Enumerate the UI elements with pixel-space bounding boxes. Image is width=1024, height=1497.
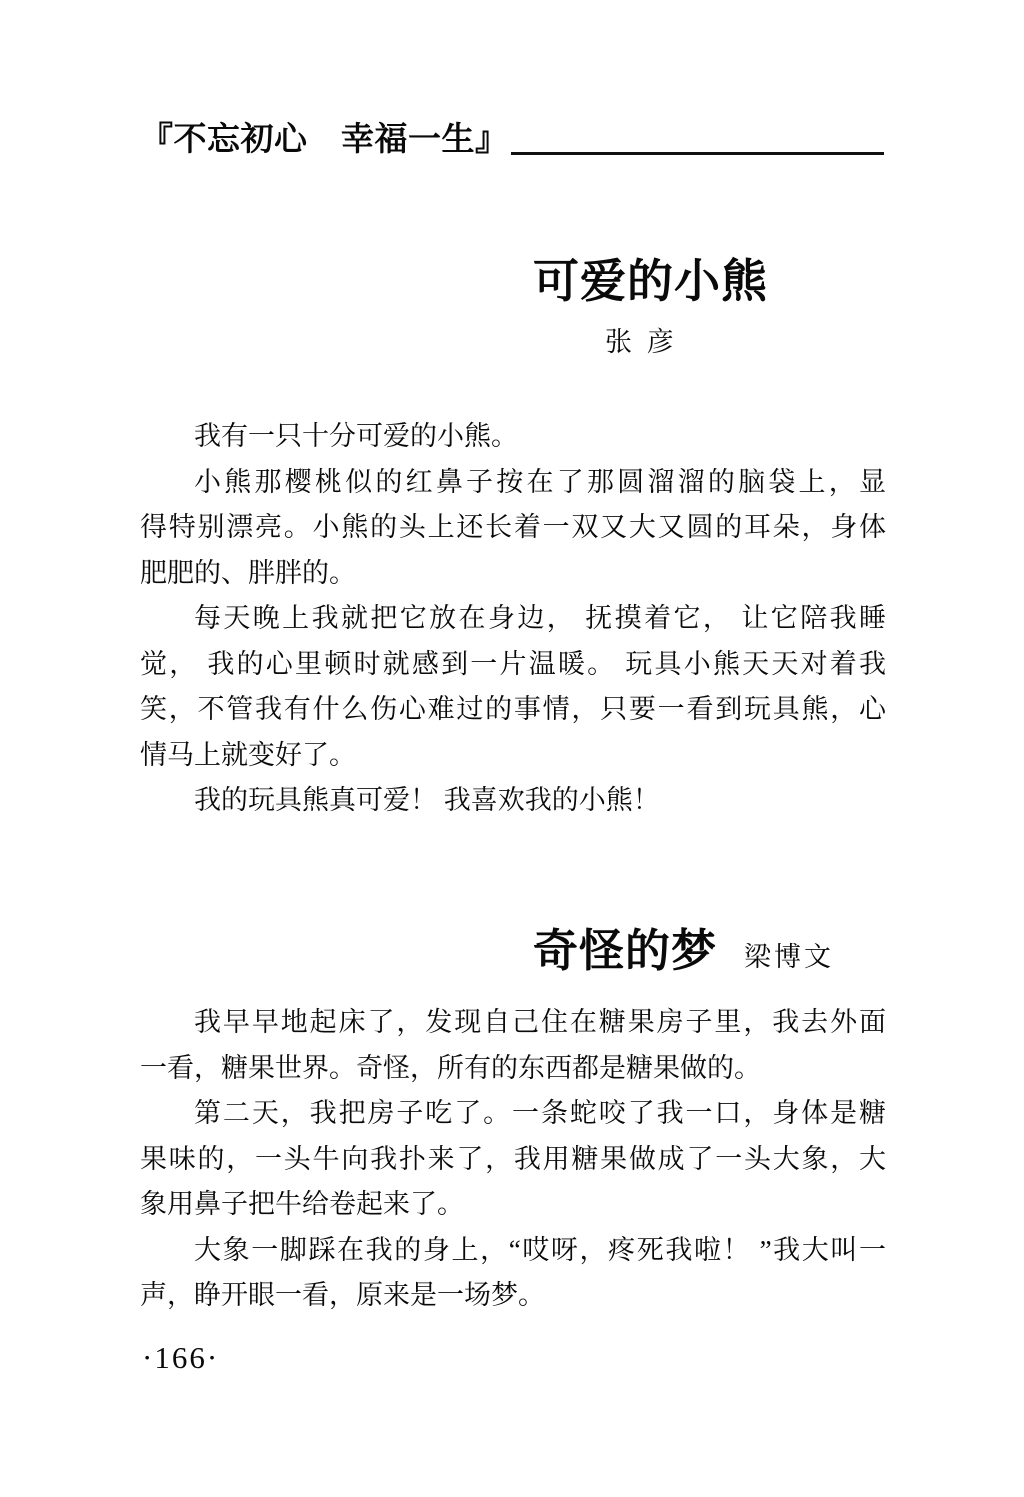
text-line: 小熊那樱桃似的红鼻子按在了那圆溜溜的脑袋上，显 (140, 460, 886, 506)
page-header: 『不忘初心 幸福一生』 (140, 120, 884, 158)
story2-body: 我早早地起床了，发现自己住在糖果房子里，我去外面一看，糖果世界。奇怪，所有的东西… (140, 1000, 886, 1319)
text-line: 一看，糖果世界。奇怪，所有的东西都是糖果做的。 (140, 1046, 886, 1092)
header-underline (511, 152, 885, 155)
text-line: 情马上就变好了。 (140, 733, 886, 779)
text-line: 声，睁开眼一看，原来是一场梦。 (140, 1273, 886, 1319)
text-line: 象用鼻子把牛给卷起来了。 (140, 1182, 886, 1228)
story2-author: 梁博文 (744, 935, 834, 974)
text-line: 笑，不管我有什么伤心难过的事情，只要一看到玩具熊，心 (140, 687, 886, 733)
text-line: 每天晚上我就把它放在身边， 抚摸着它， 让它陪我睡 (140, 596, 886, 642)
story2-title-row: 奇怪的梦 梁博文 (140, 926, 834, 976)
book-page: 『不忘初心 幸福一生』 可爱的小熊 张 彦 我有一只十分可爱的小熊。小熊那樱桃似… (0, 0, 1024, 1497)
text-line: 觉， 我的心里顿时就感到一片温暖。 玩具小熊天天对着我 (140, 642, 886, 688)
text-line: 得特别漂亮。小熊的头上还长着一双又大又圆的耳朵，身体 (140, 505, 886, 551)
text-line: 大象一脚踩在我的身上，“哎呀，疼死我啦！ ”我大叫一 (140, 1228, 886, 1274)
story1-body: 我有一只十分可爱的小熊。小熊那樱桃似的红鼻子按在了那圆溜溜的脑袋上，显得特别漂亮… (140, 414, 886, 824)
page-number: ·166· (142, 1340, 219, 1376)
text-line: 肥肥的、胖胖的。 (140, 551, 886, 597)
text-line: 第二天，我把房子吃了。一条蛇咬了我一口，身体是糖 (140, 1091, 886, 1137)
story2-title: 奇怪的梦 (533, 926, 717, 976)
story1-author: 张 彦 (140, 326, 678, 358)
running-head-title: 『不忘初心 幸福一生』 (140, 120, 509, 158)
text-line: 果味的，一头牛向我扑来了，我用糖果做成了一头大象，大 (140, 1137, 886, 1183)
text-line: 我的玩具熊真可爱！ 我喜欢我的小熊！ (140, 778, 886, 824)
text-line: 我早早地起床了，发现自己住在糖果房子里，我去外面 (140, 1000, 886, 1046)
text-line: 我有一只十分可爱的小熊。 (140, 414, 886, 460)
story1-title: 可爱的小熊 (140, 257, 768, 307)
